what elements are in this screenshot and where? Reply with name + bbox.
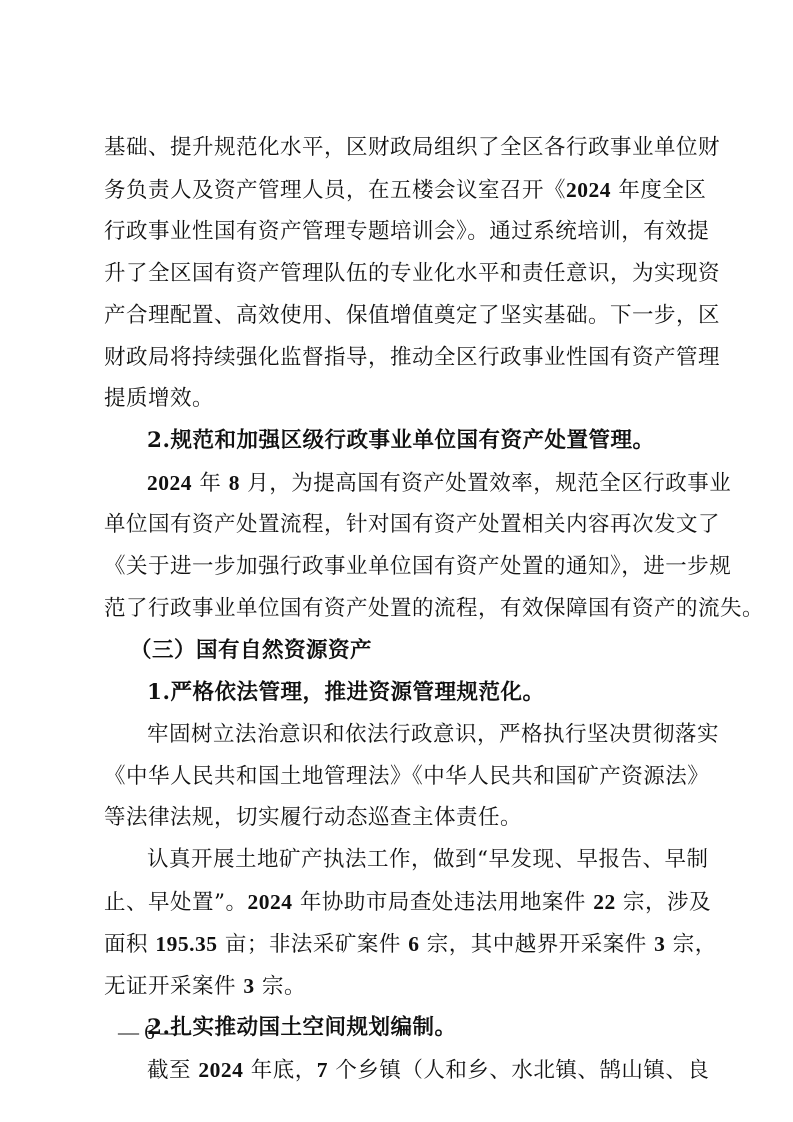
paragraph-line: 产合理配置、高效使用、保值增值奠定了坚实基础。下一步，区 xyxy=(104,301,694,331)
paragraph-line: 单位国有资产处置流程，针对国有资产处置相关内容再次发文了 xyxy=(104,510,694,540)
subheading: 1.严格依法管理，推进资源管理规范化。 xyxy=(147,678,694,708)
bold-number: 195.35 xyxy=(155,932,217,956)
text: 牢固树立法治意识和依法行政意识，严格执行坚决贯彻落实 xyxy=(147,722,719,747)
bold-number: 22 xyxy=(593,890,616,914)
text: 升了全区国有资产管理队伍的专业化水平和责任意识，为实现资 xyxy=(104,261,720,286)
bold-number: 2024 xyxy=(248,890,293,914)
text: 月，为提高国有资产处置效率，规范全区行政事业 xyxy=(247,471,731,496)
paragraph-line: 范了行政事业单位国有资产处置的流程，有效保障国有资产的流失。 xyxy=(104,594,694,624)
text: 宗，涉及 xyxy=(623,890,711,915)
bold-number: 7 xyxy=(317,1058,328,1082)
bold-number: 2024 xyxy=(198,1058,243,1082)
text: 《关于进一步加强行政事业单位国有资产处置的通知》，进一步规 xyxy=(104,554,731,579)
subheading-text: 2.扎实推动国土空间规划编制。 xyxy=(147,1015,456,1040)
paragraph-line: 牢固树立法治意识和依法行政意识，严格执行坚决贯彻落实 xyxy=(147,720,694,750)
paragraph-line: 面积 195.35 亩；非法采矿案件 6 宗，其中越界开采案件 3 宗， xyxy=(104,929,694,959)
text: 范了行政事业单位国有资产处置的流程，有效保障国有资产的流失。 xyxy=(104,596,764,621)
subheading-text: 2.规范和加强区级行政事业单位国有资产处置管理。 xyxy=(147,428,654,453)
text: 个乡镇（人和乡、水北镇、鹄山镇、良 xyxy=(335,1058,709,1083)
subheading-text: 1.严格依法管理，推进资源管理规范化。 xyxy=(147,680,544,705)
paragraph-line: 提质增效。 xyxy=(104,384,694,414)
text: 宗，其中越界开采案件 xyxy=(427,932,647,957)
text: 产合理配置、高效使用、保值增值奠定了坚实基础。下一步，区 xyxy=(104,303,720,328)
paragraph-line: 认真开展土地矿产执法工作，做到“早发现、早报告、早制 xyxy=(147,845,694,875)
text: 基础、提升规范化水平，区财政局组织了全区各行政事业单位财 xyxy=(104,135,720,160)
text: 亩；非法采矿案件 xyxy=(225,932,401,957)
text: 《中华人民共和国土地管理法》《中华人民共和国矿产资源法》 xyxy=(104,764,709,789)
bold-number: 2024 xyxy=(147,471,192,495)
text: 财政局将持续强化监督指导，推动全区行政事业性国有资产管理 xyxy=(104,345,720,370)
paragraph-line: 2024 年 8 月，为提高国有资产处置效率，规范全区行政事业 xyxy=(147,468,694,498)
bold-number: 3 xyxy=(654,932,665,956)
section-heading: （三）国有自然资源资产 xyxy=(130,636,690,666)
text: 宗。 xyxy=(262,974,306,999)
text: 年度全区 xyxy=(618,178,706,203)
text: 截至 xyxy=(147,1058,191,1083)
subheading: 2.规范和加强区级行政事业单位国有资产处置管理。 xyxy=(147,426,694,456)
text: 宗， xyxy=(673,932,717,957)
paragraph-line: 等法律法规，切实履行动态巡查主体责任。 xyxy=(104,803,694,833)
text: 年 xyxy=(199,471,221,496)
subheading: 2.扎实推动国土空间规划编制。 xyxy=(147,1013,694,1043)
paragraph-line: 止、早处置”。2024 年协助市局查处违法用地案件 22 宗，涉及 xyxy=(104,887,694,917)
paragraph-line: 务负责人及资产管理人员，在五楼会议室召开《2024 年度全区 xyxy=(104,175,694,205)
paragraph-line: 《关于进一步加强行政事业单位国有资产处置的通知》，进一步规 xyxy=(104,552,694,582)
bold-number: 2024 xyxy=(566,178,611,202)
text: 面积 xyxy=(104,932,148,957)
bold-number: 8 xyxy=(229,471,240,495)
paragraph-line: 《中华人民共和国土地管理法》《中华人民共和国矿产资源法》 xyxy=(104,762,694,792)
text: 年协助市局查处违法用地案件 xyxy=(300,890,586,915)
text: 单位国有资产处置流程，针对国有资产处置相关内容再次发文了 xyxy=(104,512,720,537)
text: 提质增效。 xyxy=(104,386,214,411)
paragraph-line: 行政事业性国有资产管理专题培训会》。通过系统培训，有效提 xyxy=(104,217,694,247)
text: 行政事业性国有资产管理专题培训会》。通过系统培训，有效提 xyxy=(104,219,709,244)
text: 无证开采案件 xyxy=(104,974,236,999)
paragraph-line: 截至 2024 年底，7 个乡镇（人和乡、水北镇、鹄山镇、良 xyxy=(147,1055,694,1085)
document-page: 基础、提升规范化水平，区财政局组织了全区各行政事业单位财 务负责人及资产管理人员… xyxy=(0,0,793,1122)
text: 等法律法规，切实履行动态巡查主体责任。 xyxy=(104,805,522,830)
section-heading-text: （三）国有自然资源资产 xyxy=(130,638,372,663)
text: 认真开展土地矿产执法工作，做到“早发现、早报告、早制 xyxy=(147,847,709,872)
paragraph-line: 财政局将持续强化监督指导，推动全区行政事业性国有资产管理 xyxy=(104,343,694,373)
page-number: — 6 — xyxy=(118,1017,181,1047)
bold-number: 6 xyxy=(408,932,419,956)
paragraph-line: 升了全区国有资产管理队伍的专业化水平和责任意识，为实现资 xyxy=(104,259,694,289)
paragraph-line: 无证开采案件 3 宗。 xyxy=(104,971,694,1001)
text: 务负责人及资产管理人员，在五楼会议室召开《 xyxy=(104,178,566,203)
paragraph-line: 基础、提升规范化水平，区财政局组织了全区各行政事业单位财 xyxy=(104,133,694,163)
bold-number: 3 xyxy=(243,974,254,998)
text: 年底， xyxy=(251,1058,317,1083)
text: 止、早处置”。 xyxy=(104,890,248,915)
